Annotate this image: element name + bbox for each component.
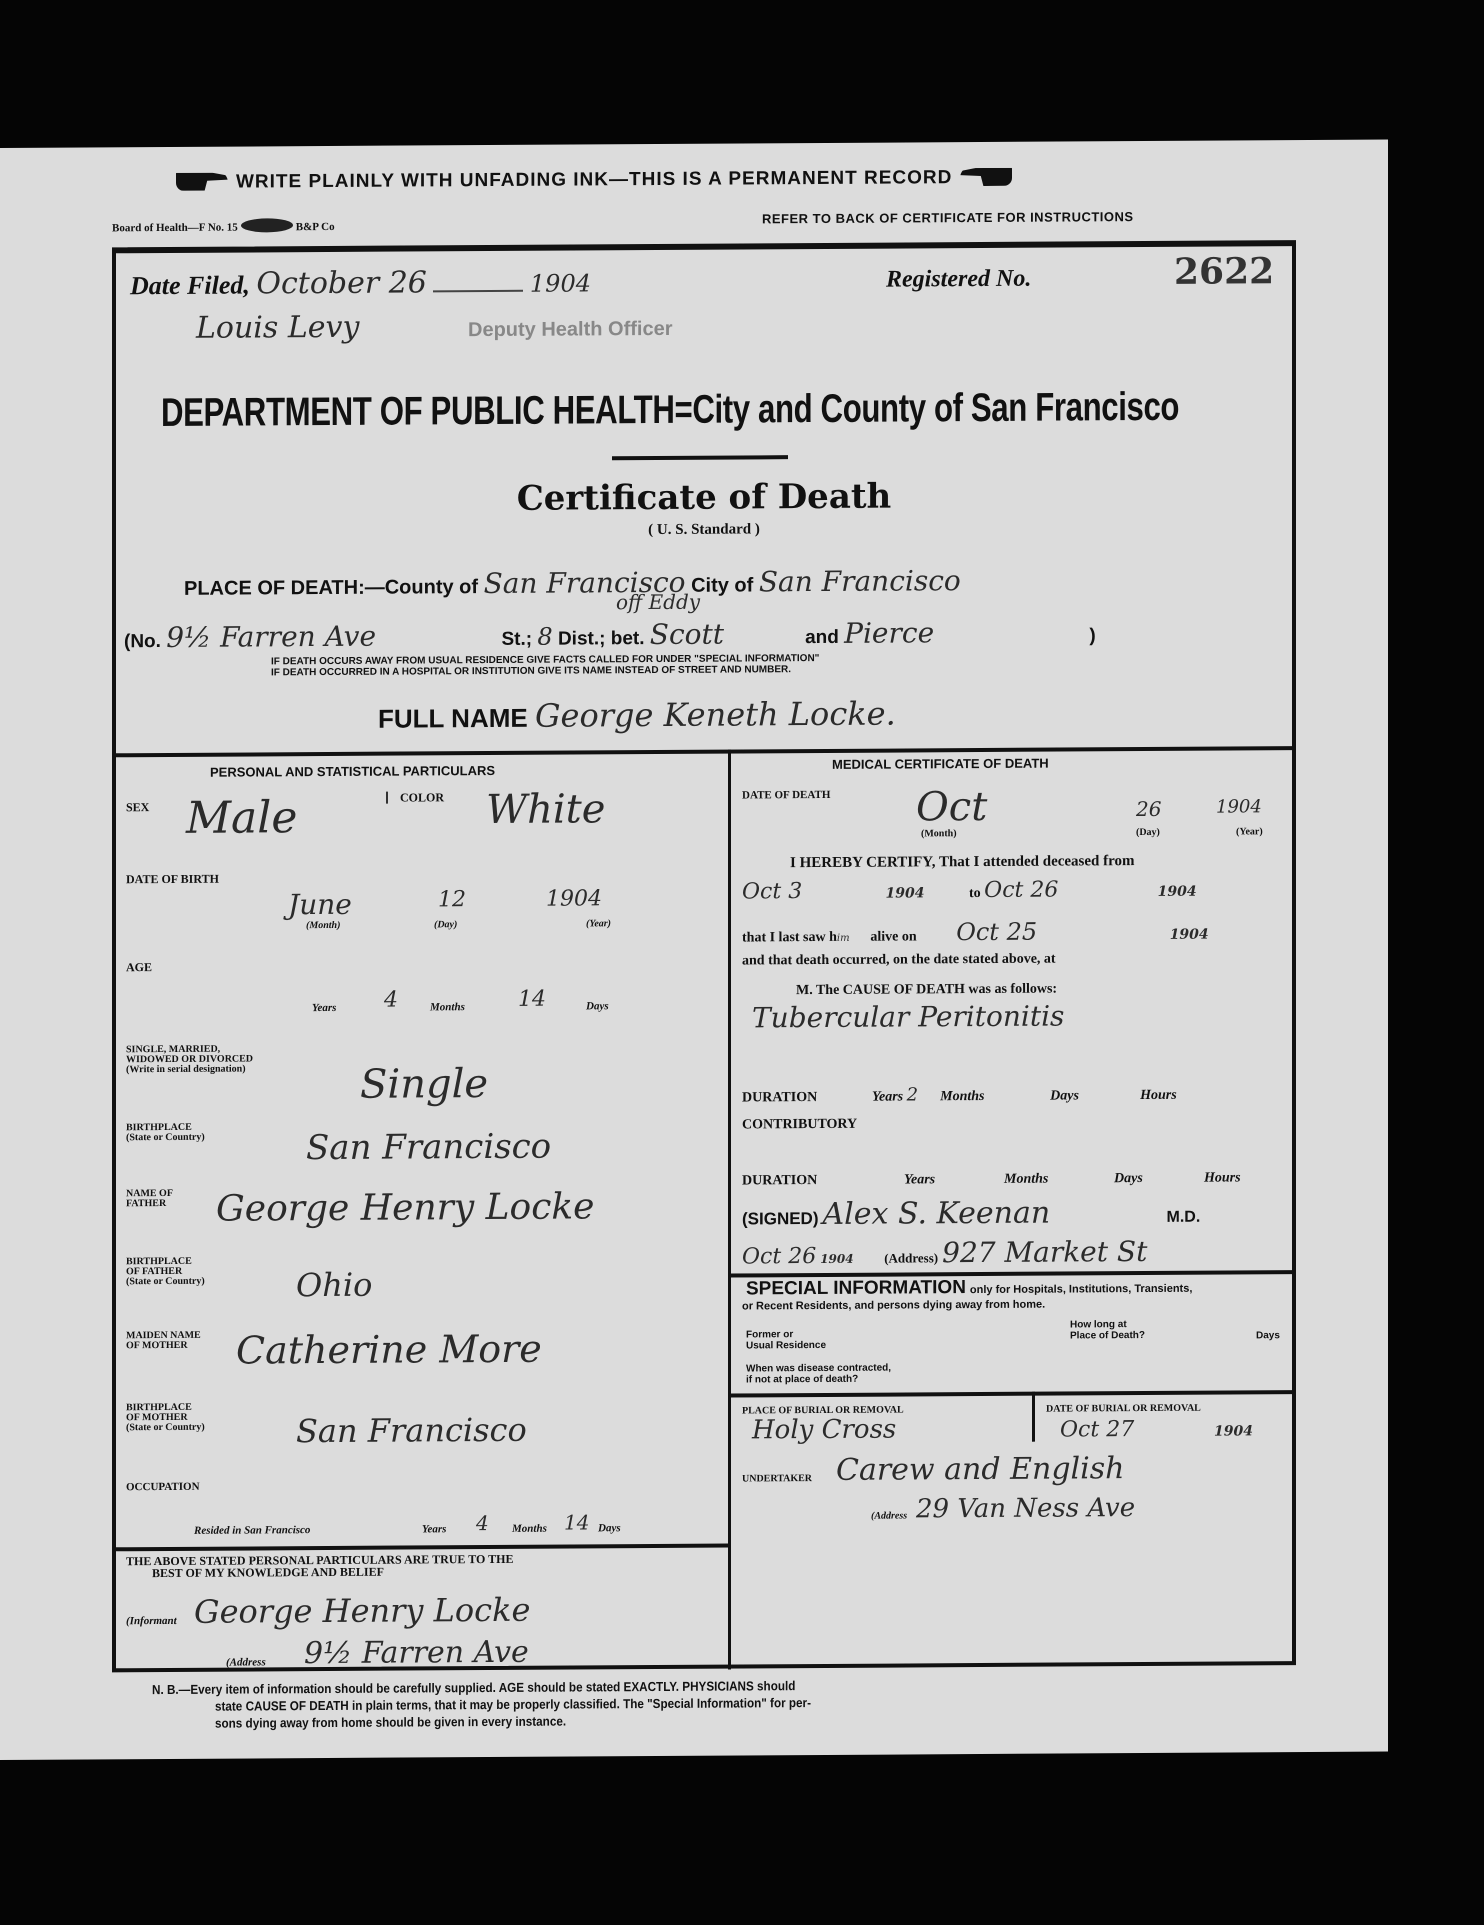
informant-label: (Informant: [126, 1615, 177, 1627]
footer-note: N. B.—Every item of information should b…: [152, 1677, 811, 1732]
between-street-1: Scott: [650, 617, 800, 651]
marital-value: Single: [360, 1061, 488, 1108]
undertaker-label: UNDERTAKER: [742, 1473, 812, 1485]
to-label: to: [969, 886, 981, 901]
dist-label: Dist.; bet.: [558, 628, 645, 650]
how-long-days-label: Days: [1256, 1330, 1280, 1341]
burial-date-label: DATE of BURIAL or REMOVAL: [1046, 1403, 1201, 1416]
contributory-label: CONTRIBUTORY: [742, 1117, 857, 1134]
mother-label: MAIDEN NAMEOF MOTHER: [126, 1331, 201, 1351]
certificate-paper: WRITE PLAINLY WITH UNFADING INK—THIS IS …: [0, 140, 1388, 1760]
informant-divider: [116, 1544, 728, 1552]
former-residence-label: Former orUsual Residence: [746, 1329, 826, 1351]
date-filed-year: 1904: [530, 269, 591, 297]
registered-no-value: 2622: [1174, 250, 1274, 293]
physician-address: 927 Market St: [942, 1235, 1147, 1269]
death-occurred-text: and that death occurred, on the date sta…: [742, 952, 1056, 970]
last-saw-pronoun: im: [837, 933, 867, 944]
address-row: (No. 9½ Farren Ave St.; 8 Dist.; bet. Sc…: [124, 615, 1096, 654]
signed-date-row: Oct 26 1904 (Address) 927 Market St: [742, 1235, 1147, 1270]
informant-address-label: (Address: [226, 1656, 266, 1668]
occupation-label: OCCUPATION: [126, 1481, 200, 1493]
city-label: City of: [691, 574, 753, 596]
dob-year-label: (Year): [586, 918, 611, 929]
father-value: George Henry Locke: [216, 1186, 594, 1229]
dod-month-label: (Month): [921, 828, 957, 839]
cause-label: M. The CAUSE OF DEATH was as follows:: [796, 982, 1057, 1000]
resided-label: Resided in San Francisco: [194, 1524, 310, 1537]
duration-row: DURATIONYears 2 MonthsDaysHours: [742, 1082, 1288, 1106]
dod-day-label: (Day): [1136, 827, 1160, 838]
age-days-value: 14: [518, 987, 546, 1012]
marital-label: SINGLE, MARRIED,WIDOWED OR DIVORCED(Writ…: [126, 1044, 253, 1075]
refer-instructions: REFER TO BACK OF CERTIFICATE FOR INSTRUC…: [762, 209, 1134, 226]
medical-heading: MEDICAL CERTIFICATE OF DEATH: [832, 758, 1049, 770]
duration-years: 2: [907, 1084, 937, 1105]
dob-month: June: [288, 888, 352, 921]
mother-value: Catherine More: [236, 1327, 542, 1373]
resided-months-value: 4: [476, 1511, 489, 1535]
burial-divider: [728, 1390, 1292, 1397]
dob-day-label: (Day): [434, 919, 457, 930]
city-value: San Francisco: [759, 564, 961, 598]
place-note: IF DEATH OCCURS AWAY FROM USUAL RESIDENC…: [271, 653, 819, 678]
undertaker-address-label: (Address: [871, 1510, 907, 1521]
attended-dates: Oct 3 1904 to Oct 26 1904: [742, 877, 1197, 905]
place-of-death-label: PLACE OF DEATH:—County of: [184, 576, 478, 600]
burial-date-row: Oct 27 1904: [1060, 1416, 1253, 1442]
dod-month: Oct: [916, 784, 987, 830]
date-filed-value: October 26: [256, 265, 427, 301]
special-divider: [728, 1270, 1292, 1277]
special-heading: SPECIAL INFORMATION only for Hospitals, …: [746, 1279, 1192, 1300]
to-date: Oct 26: [984, 877, 1154, 903]
sex-value: Male: [186, 792, 297, 844]
full-name-row: FULL NAME George Keneth Locke.: [378, 695, 896, 736]
burial-year: 1904: [1214, 1423, 1253, 1439]
st-label: St.;: [502, 629, 533, 650]
birthplace-value: San Francisco: [306, 1127, 551, 1168]
resided-years-label: Years: [422, 1523, 446, 1535]
place-of-death-row: PLACE OF DEATH:—County of San Francisco …: [184, 564, 961, 602]
color-value: White: [486, 786, 605, 833]
street-value: 9½ Farren Ave: [166, 619, 496, 654]
father-birthplace-value: Ohio: [296, 1266, 372, 1304]
seal-icon: [241, 218, 293, 232]
to-year: 1904: [1158, 884, 1197, 900]
resided-months-label: Months: [512, 1523, 547, 1535]
father-label: NAME OFFATHER: [126, 1189, 173, 1209]
age-months-value: 4: [384, 988, 398, 1013]
health-officer-signature: Louis Levy: [196, 310, 359, 346]
last-saw-date: Oct 25: [920, 917, 1166, 947]
last-saw-row: that I last saw him alive on Oct 25 1904: [742, 917, 1209, 948]
date-filed-row: Date Filed, October 26 1904: [130, 264, 591, 302]
form-number-text: Board of Health—F No. 15: [112, 222, 238, 235]
between-street-2: Pierce: [844, 615, 1084, 649]
district-value: 8: [537, 623, 552, 651]
dod-year: 1904: [1216, 796, 1262, 817]
dob-year: 1904: [546, 886, 602, 911]
age-years-label: Years: [312, 1002, 336, 1014]
warning-text: WRITE PLAINLY WITH UNFADING INK—THIS IS …: [236, 167, 952, 192]
special-note: or Recent Residents, and persons dying a…: [742, 1300, 1045, 1313]
registered-no-label: Registered No.: [886, 266, 1031, 294]
duration2-row: DURATIONYearsMonthsDaysHours: [742, 1170, 1288, 1189]
color-label: COLOR: [386, 791, 444, 803]
printer-text: B&P Co: [296, 221, 335, 233]
street-no-label: (No.: [124, 631, 161, 652]
form-number: Board of Health—F No. 15B&P Co: [112, 218, 335, 234]
how-long-label: How long atPlace of Death?: [1070, 1319, 1145, 1341]
age-months-label: Months: [430, 1001, 465, 1013]
certificate-title: Certificate of Death: [116, 474, 1292, 521]
resided-days-value: 14: [564, 1510, 589, 1534]
resided-days-label: Days: [598, 1522, 621, 1534]
street-note: off Eddy: [616, 590, 700, 615]
dob-label: DATE OF BIRTH: [126, 873, 219, 886]
informant-value: George Henry Locke: [194, 1591, 530, 1631]
from-date: Oct 3: [742, 879, 882, 905]
father-birthplace-label: BIRTHPLACEOF FATHER(State or Country): [126, 1257, 205, 1287]
place-note-2: IF DEATH OCCURRED IN A HOSPITAL OR INSTI…: [271, 664, 819, 678]
certificate-form: Date Filed, October 26 1904 Registered N…: [112, 240, 1296, 1672]
dob-day: 12: [438, 887, 466, 912]
burial-date-value: Oct 27: [1060, 1417, 1210, 1443]
burial-place-value: Holy Cross: [752, 1415, 896, 1446]
birthplace-label: BIRTHPLACE(State or Country): [126, 1123, 205, 1143]
burial-column-divider: [1032, 1392, 1035, 1442]
sex-label: SEX: [126, 801, 149, 813]
title-rule: [612, 455, 788, 460]
section-divider: [116, 746, 1292, 757]
mother-birthplace-label: BIRTHPLACEOF MOTHER(State or Country): [126, 1403, 205, 1433]
attestation: THE ABOVE STATED PERSONAL PARTICULARS AR…: [126, 1553, 513, 1579]
signed-row: (SIGNED) Alex S. Keenan M.D.: [742, 1195, 1200, 1233]
full-name-label: FULL NAME: [378, 703, 528, 734]
dod-label: DATE OF DEATH: [742, 789, 830, 802]
warning-header: WRITE PLAINLY WITH UNFADING INK—THIS IS …: [168, 166, 1020, 194]
last-saw-year: 1904: [1170, 927, 1209, 943]
dod-day: 26: [1136, 797, 1161, 821]
personal-heading: PERSONAL AND STATISTICAL PARTICULARS: [210, 765, 495, 778]
signed-date: Oct 26: [742, 1244, 816, 1269]
footer-line-3: sons dying away from home should be give…: [152, 1711, 811, 1732]
undertaker-address-value: 29 Van Ness Ave: [916, 1493, 1135, 1524]
dob-month-label: (Month): [306, 920, 340, 931]
and-label: and: [805, 627, 839, 648]
dod-year-label: (Year): [1236, 826, 1263, 837]
contracted-label: When was disease contracted,if not at pl…: [746, 1363, 891, 1386]
physician-signature: Alex S. Keenan: [823, 1195, 1163, 1232]
department-title: DEPARTMENT OF PUBLIC HEALTH=City and Cou…: [161, 385, 1179, 436]
us-standard: ( U. S. Standard ): [116, 518, 1292, 542]
mother-birthplace-value: San Francisco: [296, 1411, 527, 1450]
undertaker-value: Carew and English: [836, 1451, 1124, 1488]
pointing-hand-icon: [176, 171, 228, 191]
age-label: AGE: [126, 961, 152, 973]
informant-address-value: 9½ Farren Ave: [304, 1635, 529, 1671]
health-officer-title: Deputy Health Officer: [468, 318, 672, 342]
pointing-hand-icon: [960, 166, 1012, 186]
certify-text: I HEREBY CERTIFY, That I attended deceas…: [790, 853, 1135, 872]
column-divider: [728, 750, 731, 1670]
date-filed-label: Date Filed,: [130, 270, 250, 300]
signed-year: 1904: [820, 1252, 880, 1266]
from-year: 1904: [886, 885, 966, 901]
age-days-label: Days: [586, 1000, 609, 1012]
full-name-value: George Keneth Locke.: [535, 695, 896, 735]
cause-value: Tubercular Peritonitis: [752, 999, 1064, 1034]
